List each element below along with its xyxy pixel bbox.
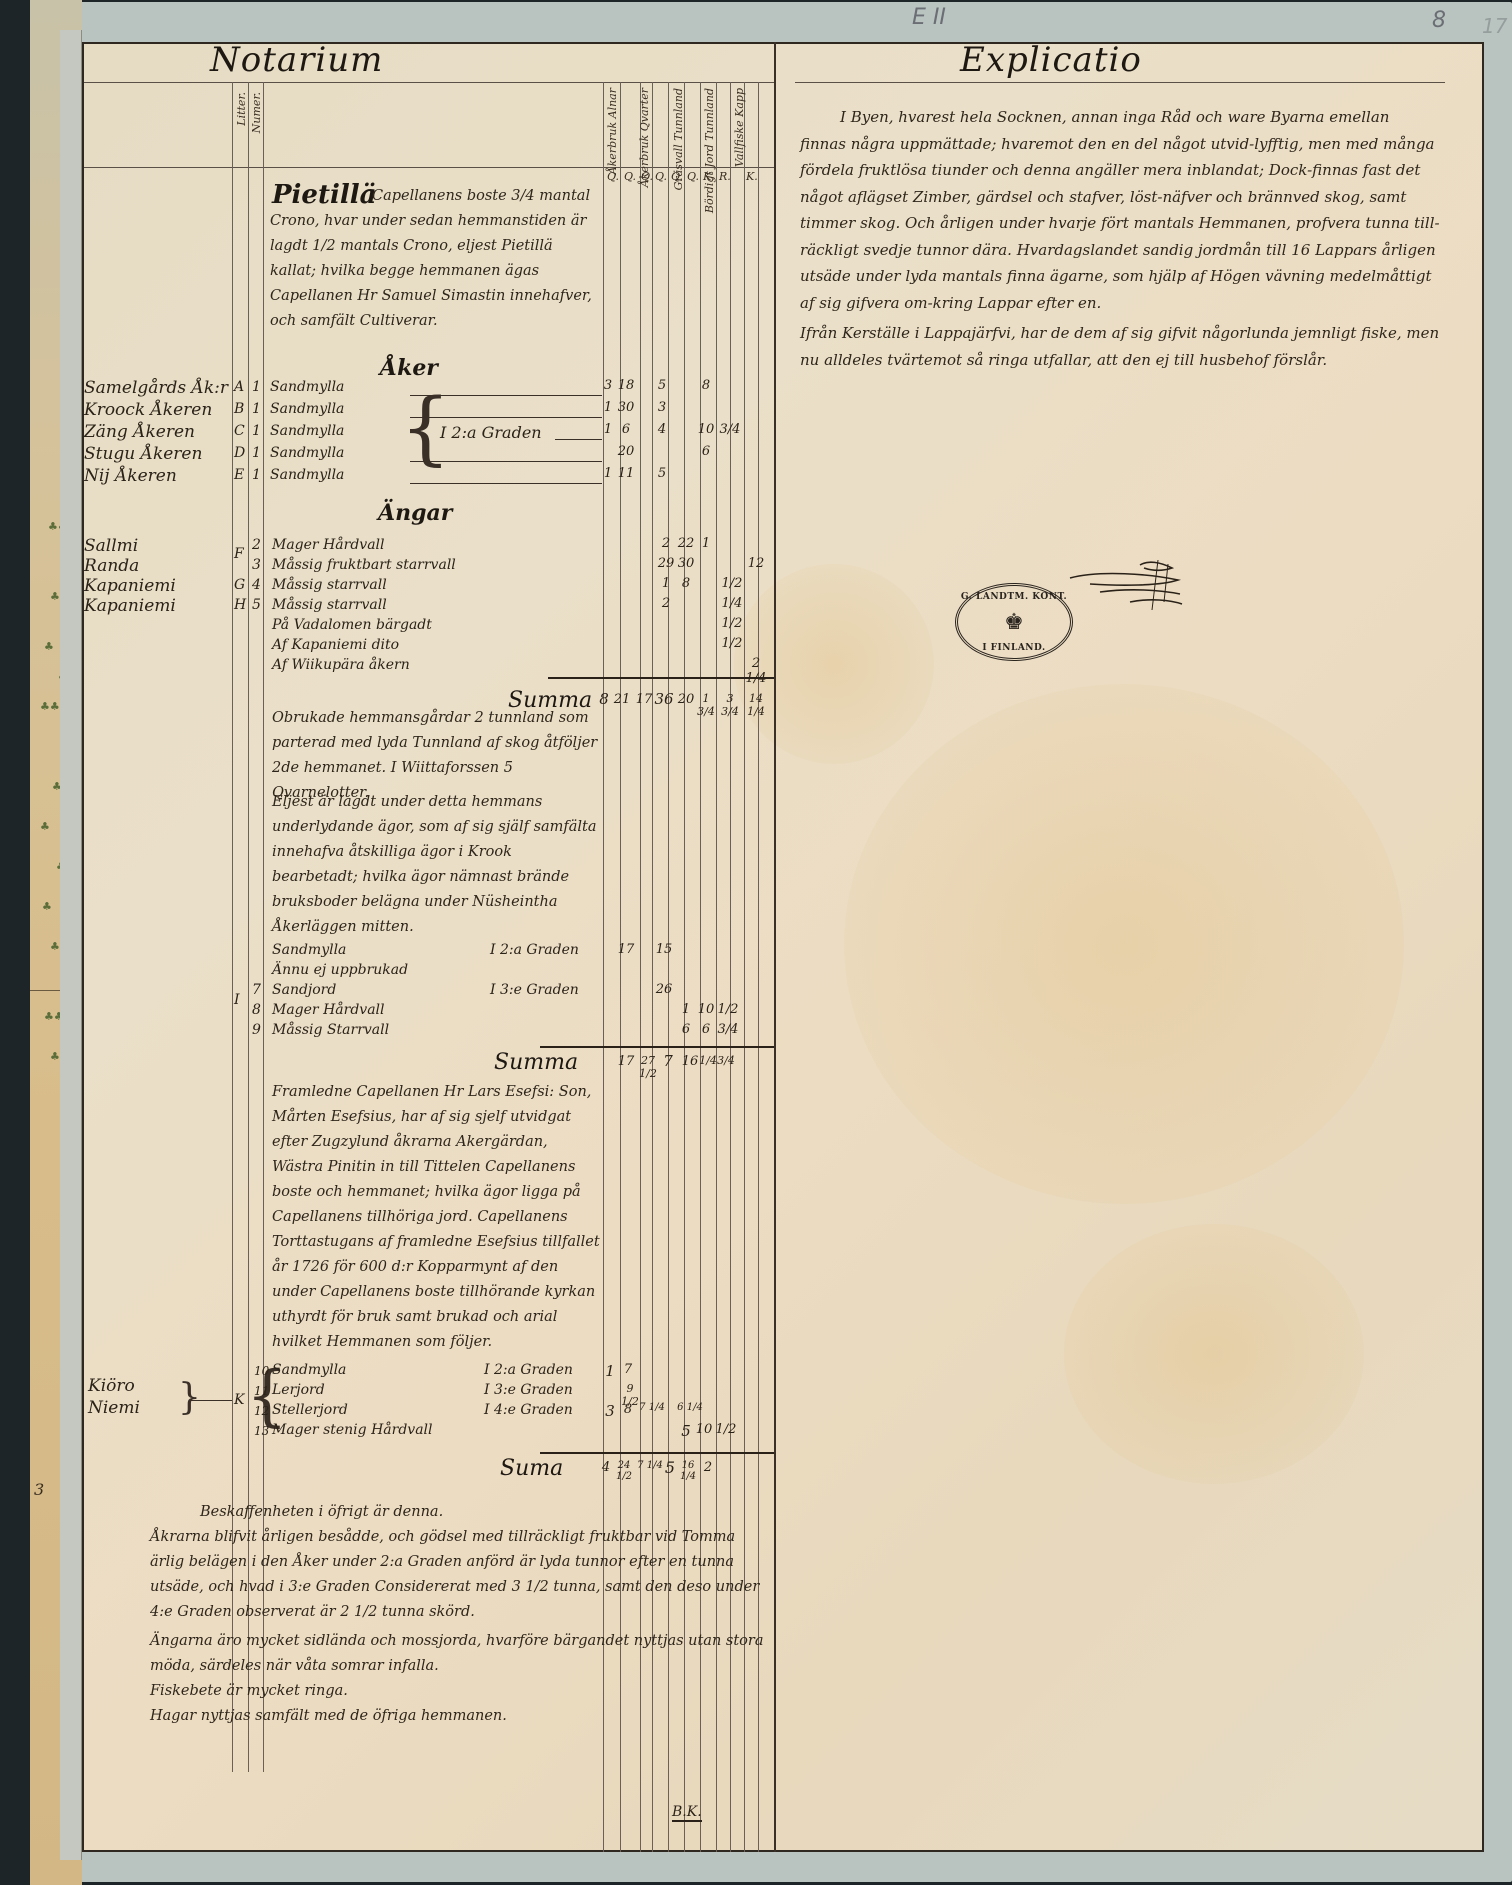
row-description: Sandmylla [272, 1362, 346, 1378]
row-description: Stellerjord [272, 1402, 348, 1418]
notes-paragraph-2: Eljest är lagdt under detta hemmans unde… [272, 790, 600, 940]
field-name: Nij Åkeren [84, 466, 177, 486]
grade-label: I 3:e Graden [484, 1382, 573, 1398]
unit-label: Q. [655, 170, 667, 183]
summa-cell: 14 1/4 [742, 692, 770, 718]
cell: 18 [612, 378, 640, 393]
numer: 7 [252, 982, 261, 998]
leader-line [410, 461, 602, 462]
col-header: Vallfiske Kapp [733, 88, 746, 167]
litera: E [234, 467, 244, 483]
row-description: Sandmylla [270, 445, 344, 461]
leader-line [410, 417, 602, 418]
numer: 1 [252, 467, 261, 483]
closing-line: Ängarna äro mycket sidlända och mossjord… [150, 1629, 770, 1679]
row-description: På Vadalomen bärgadt [272, 617, 432, 633]
grade-label: I 2:a Graden [484, 1362, 573, 1378]
cell: 4 [648, 422, 676, 437]
leader-line [410, 483, 602, 484]
leader-line [410, 395, 602, 396]
numer: 8 [252, 1002, 261, 1018]
cell: 6 [692, 444, 720, 459]
numer: 9 [252, 1022, 261, 1038]
unit-label: R. [719, 170, 731, 183]
paper-edge [60, 30, 82, 1860]
field-name: Sallmi [84, 536, 138, 556]
row-description: Sandjord [272, 982, 336, 998]
grade-label: I 2:a Graden [440, 423, 542, 442]
row-description: Lerjord [272, 1382, 325, 1398]
notarium-title: Notarium [210, 40, 383, 80]
signature-flourish [1060, 540, 1190, 620]
unit-label: Q. [624, 170, 636, 183]
cell: 30 [612, 400, 640, 415]
notes-paragraph-3: Framledne Capellanen Hr Lars Esefsi: Son… [272, 1080, 600, 1355]
numer: 10 [254, 1364, 269, 1378]
cell: 15 [650, 942, 678, 957]
brace: } [178, 1380, 201, 1416]
cell: 6 [612, 422, 640, 437]
cell: 1/2 [718, 576, 746, 591]
cell: 1/2 [712, 1422, 740, 1437]
row-description: Måssig fruktbart starrvall [272, 557, 456, 573]
unit-label: K. [703, 170, 715, 183]
litera: K [234, 1392, 244, 1408]
cell: 7 1/4 [638, 1402, 666, 1413]
numer: 11 [254, 1384, 269, 1398]
cell: 1 [692, 536, 720, 551]
double-headed-eagle-icon: ♚ [1004, 612, 1024, 634]
summa-rule [540, 1452, 774, 1454]
row-description: Måssig starrvall [272, 597, 387, 613]
summa-label: Suma [500, 1456, 563, 1481]
cell: 3 [648, 400, 676, 415]
row-description: Af Wiikupära åkern [272, 657, 410, 673]
summa-cell: 2 [694, 1460, 722, 1475]
closing-line: Åkrarna blifvit årligen besådde, och göd… [150, 1525, 770, 1625]
grade-label: I 3:e Graden [490, 982, 579, 998]
cell: 1/2 [718, 636, 746, 651]
field-name: Zäng Åkeren [84, 422, 195, 442]
numer: 1 [252, 445, 261, 461]
archive-code: E II [912, 5, 946, 30]
numer: 12 [254, 1404, 269, 1418]
litera: A [234, 379, 244, 395]
cell: 6 1/4 [676, 1402, 704, 1413]
unit-label: K. [746, 170, 758, 183]
unit-label: Q. [671, 170, 683, 183]
explicatio-paragraph: Ifrån Kerställe i Lappajärfvi, har de de… [800, 320, 1440, 373]
cell: 5 [648, 378, 676, 393]
cell: 26 [650, 982, 678, 997]
row-description: Måssig starrvall [272, 577, 387, 593]
numer: 4 [252, 577, 261, 593]
row-description: Sandmylla [270, 423, 344, 439]
row-description: Sandmylla [272, 942, 346, 958]
explicatio-rule [795, 82, 1445, 83]
leader-line [190, 1400, 232, 1401]
explicatio-paragraph: I Byen, hvarest hela Socknen, annan inga… [800, 104, 1440, 316]
cell: 2 1/4 [742, 656, 770, 686]
unit-label: Q. [687, 170, 699, 183]
row-description: Mager stenig Hårdvall [272, 1422, 433, 1438]
cell: 3/4 [714, 1022, 742, 1037]
numer: 1 [252, 401, 261, 417]
numer: 1 [252, 379, 261, 395]
stamp-bottom-text: I FINLAND. [982, 643, 1045, 653]
cell: 2 [652, 596, 680, 611]
section-heading-angar: Ängar [378, 500, 452, 526]
cell: 7 [614, 1362, 642, 1377]
summa-rule [548, 677, 774, 679]
stamp-top-text: G. LANDTM. KONT. [961, 592, 1067, 602]
cell: 8 [692, 378, 720, 393]
litera: D [234, 445, 245, 461]
field-name: Kapaniemi [84, 596, 176, 616]
subheader-rule [84, 167, 774, 168]
cell: 11 [612, 466, 640, 481]
numer: 5 [252, 597, 261, 613]
cell: 3/4 [716, 422, 744, 437]
row-description: Af Kapaniemi dito [272, 637, 399, 653]
intro-paragraph: Capellanens boste 3/4 mantal Crono, hvar… [270, 184, 598, 334]
summa-cell: 3 3/4 [716, 692, 744, 718]
cell: 1/2 [718, 616, 746, 631]
cell: 17 [612, 942, 640, 957]
grade-label: I 2:a Graden [490, 942, 579, 958]
field-name: Stugu Åkeren [84, 444, 202, 464]
field-name: Randa [84, 556, 139, 576]
col-header-numer: Numer. [250, 92, 263, 133]
col-header: Bördigt Jord Tunnland [703, 88, 716, 213]
cell: 30 [672, 556, 700, 571]
row-description: Sandmylla [270, 467, 344, 483]
row-description: Mager Hårdvall [272, 537, 385, 553]
numer: 3 [252, 557, 261, 573]
col-header-litera: Litter. [235, 92, 248, 126]
litera: I [234, 992, 240, 1008]
closing-signature: B.K. [672, 1804, 702, 1822]
closing-line: Fiskebete är mycket ringa. [150, 1679, 770, 1704]
explicatio-body: I Byen, hvarest hela Socknen, annan inga… [800, 104, 1440, 373]
numer: 2 [252, 537, 261, 553]
page-number: 8 [1432, 8, 1446, 33]
closing-block: Beskaffenheten i öfrigt är denna. Åkrarn… [150, 1500, 770, 1729]
cell: 1/2 [714, 1002, 742, 1017]
numer: 1 [252, 423, 261, 439]
faint-number: 17 [1482, 14, 1507, 38]
summa-rule [540, 1046, 774, 1048]
closing-line: Beskaffenheten i öfrigt är denna. [150, 1500, 770, 1525]
leader-line [555, 439, 602, 440]
header-rule [84, 82, 774, 83]
cell: 12 [742, 556, 770, 571]
litera: G [234, 577, 245, 593]
field-name: Kroock Åkeren [84, 400, 212, 420]
litera: H [234, 597, 246, 613]
summa-label: Summa [494, 1050, 578, 1075]
cell: 8 [672, 576, 700, 591]
row-description: Ännu ej uppbrukad [272, 962, 408, 978]
col-header: Åkerbruk Alnar [606, 88, 619, 174]
page-divider [774, 42, 776, 1852]
row-description: Sandmylla [270, 401, 344, 417]
field-name: Kiöro Niemi [88, 1375, 178, 1419]
row-description: Sandmylla [270, 379, 344, 395]
row-description: Mager Hårdvall [272, 1002, 385, 1018]
cell: 20 [612, 444, 640, 459]
cell: 1/4 [718, 596, 746, 611]
grade-label: I 4:e Graden [484, 1402, 573, 1418]
field-name: Kapaniemi [84, 576, 176, 596]
litera: F [234, 546, 244, 562]
numer: 13 [254, 1424, 269, 1438]
row-description: Måssig Starrvall [272, 1022, 389, 1038]
section-heading-aker: Åker [380, 355, 438, 381]
cell: 5 [648, 466, 676, 481]
official-stamp: G. LANDTM. KONT. ♚ I FINLAND. [955, 583, 1073, 661]
summa-cell: 24 1/2 [610, 1460, 638, 1482]
unit-label: Q. [607, 170, 619, 183]
explicatio-title: Explicatio [960, 40, 1142, 80]
field-name: Samelgårds Åk:r [84, 378, 228, 398]
litera: C [234, 423, 245, 439]
closing-line: Hagar nyttjas samfält med de öfriga hemm… [150, 1704, 770, 1729]
unit-label: Q. [641, 170, 653, 183]
map-number: 3 [34, 1480, 44, 1499]
litera: B [234, 401, 244, 417]
summa-cell: 3/4 [712, 1054, 740, 1067]
